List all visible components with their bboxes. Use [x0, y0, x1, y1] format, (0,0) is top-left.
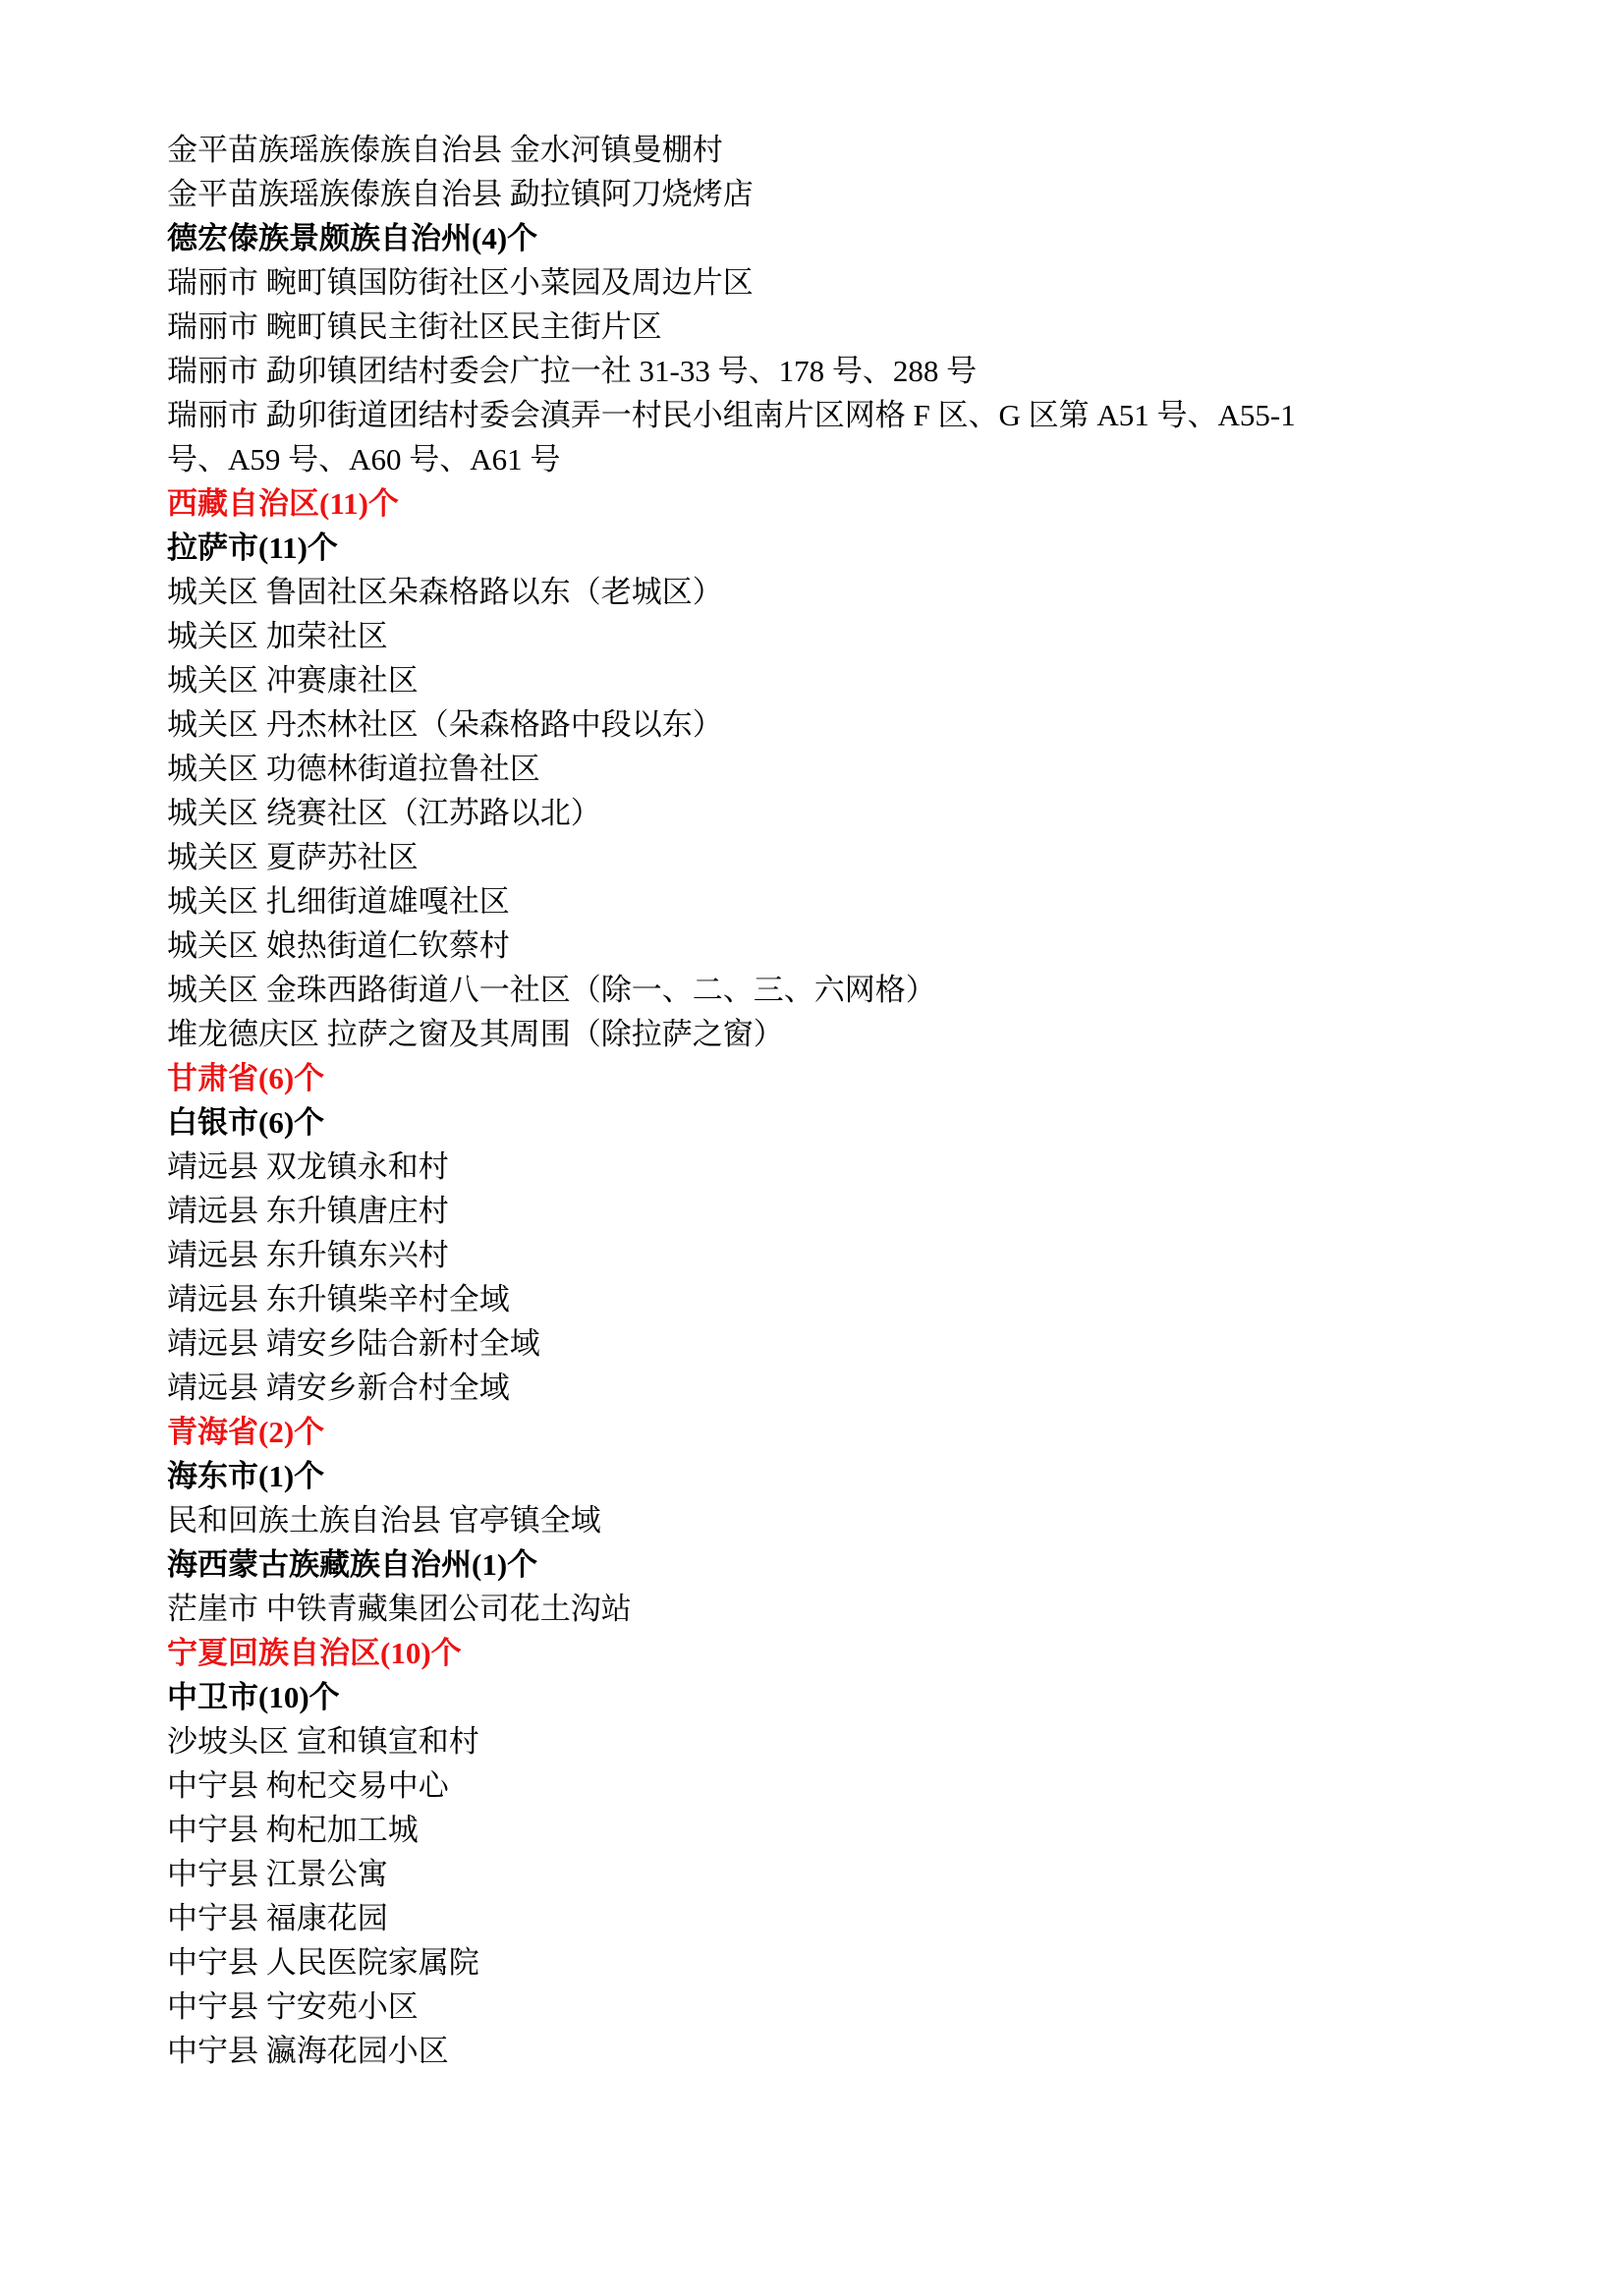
entry-line: 金平苗族瑶族傣族自治县 金水河镇曼棚村: [167, 128, 1542, 172]
province-heading: 西藏自治区(11)个: [167, 481, 1542, 526]
entry-line: 城关区 丹杰林社区（朵森格路中段以东）: [167, 702, 1542, 747]
city-heading: 中卫市(10)个: [167, 1675, 1542, 1719]
city-heading: 海西蒙古族藏族自治州(1)个: [167, 1542, 1542, 1587]
city-heading: 拉萨市(11)个: [167, 526, 1542, 570]
entry-line: 城关区 绕赛社区（江苏路以北）: [167, 791, 1542, 835]
entry-line: 中宁县 枸杞加工城: [167, 1808, 1542, 1852]
entry-line: 中宁县 瀛海花园小区: [167, 2029, 1542, 2073]
entry-line: 城关区 冲赛康社区: [167, 658, 1542, 702]
entry-line: 堆龙德庆区 拉萨之窗及其周围（除拉萨之窗）: [167, 1012, 1542, 1056]
document-page: 金平苗族瑶族傣族自治县 金水河镇曼棚村金平苗族瑶族傣族自治县 勐拉镇阿刀烧烤店德…: [0, 0, 1624, 2295]
province-heading: 宁夏回族自治区(10)个: [167, 1631, 1542, 1675]
entry-line: 茫崖市 中铁青藏集团公司花土沟站: [167, 1587, 1542, 1631]
entry-line: 城关区 扎细街道雄嘎社区: [167, 879, 1542, 924]
entry-line: 靖远县 东升镇柴辛村全域: [167, 1277, 1542, 1321]
entry-line: 瑞丽市 勐卯镇团结村委会广拉一社 31-33 号、178 号、288 号: [167, 349, 1542, 393]
entry-line: 瑞丽市 畹町镇民主街社区民主街片区: [167, 305, 1542, 349]
entry-line: 城关区 夏萨苏社区: [167, 835, 1542, 879]
city-heading: 白银市(6)个: [167, 1100, 1542, 1145]
entry-line: 城关区 金珠西路街道八一社区（除一、二、三、六网格）: [167, 968, 1542, 1012]
entry-line: 靖远县 东升镇东兴村: [167, 1233, 1542, 1277]
entry-line: 靖远县 靖安乡新合村全域: [167, 1366, 1542, 1410]
province-heading: 甘肃省(6)个: [167, 1056, 1542, 1100]
entry-line: 中宁县 宁安苑小区: [167, 1985, 1542, 2029]
entry-line: 城关区 鲁固社区朵森格路以东（老城区）: [167, 570, 1542, 614]
document-body: 金平苗族瑶族傣族自治县 金水河镇曼棚村金平苗族瑶族傣族自治县 勐拉镇阿刀烧烤店德…: [167, 128, 1542, 2073]
city-heading: 德宏傣族景颇族自治州(4)个: [167, 216, 1542, 260]
entry-line: 中宁县 枸杞交易中心: [167, 1763, 1542, 1808]
entry-line: 城关区 功德林街道拉鲁社区: [167, 747, 1542, 791]
entry-line: 靖远县 双龙镇永和村: [167, 1145, 1542, 1189]
entry-line: 靖远县 东升镇唐庄村: [167, 1189, 1542, 1233]
entry-line: 号、A59 号、A60 号、A61 号: [167, 437, 1542, 481]
entry-line: 城关区 加荣社区: [167, 614, 1542, 658]
province-heading: 青海省(2)个: [167, 1410, 1542, 1454]
entry-line: 瑞丽市 畹町镇国防街社区小菜园及周边片区: [167, 260, 1542, 305]
entry-line: 瑞丽市 勐卯街道团结村委会滇弄一村民小组南片区网格 F 区、G 区第 A51 号…: [167, 393, 1542, 437]
entry-line: 城关区 娘热街道仁钦蔡村: [167, 924, 1542, 968]
entry-line: 中宁县 人民医院家属院: [167, 1940, 1542, 1985]
entry-line: 靖远县 靖安乡陆合新村全域: [167, 1321, 1542, 1366]
entry-line: 中宁县 江景公寓: [167, 1852, 1542, 1896]
entry-line: 中宁县 福康花园: [167, 1896, 1542, 1940]
city-heading: 海东市(1)个: [167, 1454, 1542, 1498]
entry-line: 金平苗族瑶族傣族自治县 勐拉镇阿刀烧烤店: [167, 172, 1542, 216]
entry-line: 沙坡头区 宣和镇宣和村: [167, 1719, 1542, 1763]
entry-line: 民和回族土族自治县 官亭镇全域: [167, 1498, 1542, 1542]
